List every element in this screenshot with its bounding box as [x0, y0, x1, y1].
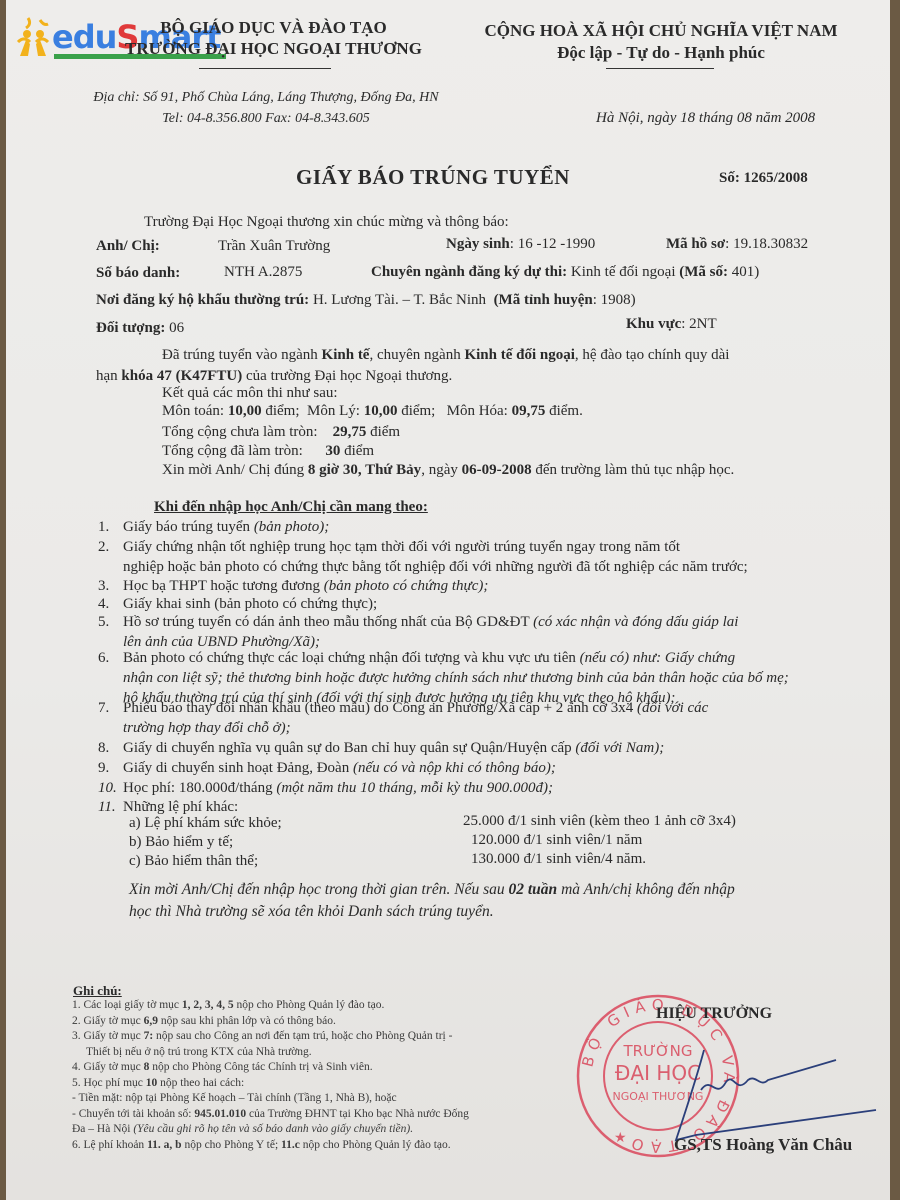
fee-a-label: a) Lệ phí khám sức khỏe; [129, 813, 282, 833]
note-line: - Chuyển tới tài khoản số: 945.01.010 củ… [72, 1107, 469, 1123]
note-line: Đa – Hà Nội (Yêu cầu ghi rõ họ tên và số… [72, 1122, 469, 1138]
address: Địa chỉ: Số 91, Phố Chùa Láng, Láng Thượ… [76, 87, 456, 108]
republic-header: CỘNG HOÀ XÃ HỘI CHỦ NGHĨA VIỆT NAM Độc l… [476, 20, 846, 64]
note-line: Thiết bị nếu ở nộ trú trong KTX của Nhà … [72, 1045, 469, 1061]
major-field: Chuyên ngành đăng ký dự thi: Kinh tế đối… [371, 264, 759, 281]
checklist-item-10: 10.Học phí: 180.000đ/tháng (một năm thu … [98, 778, 553, 798]
total-unrounded: Tổng cộng chưa làm tròn: 29,75 điểm [162, 424, 400, 441]
file-number-field: Mã hồ sơ: 19.18.30832 [666, 236, 808, 253]
name-label: Anh/ Chị: [96, 238, 160, 255]
fee-c-amount: 130.000 đ/1 sinh viên/4 năm. [471, 849, 646, 869]
checklist-item-1: 1.Giấy báo trúng tuyển (bản photo); [98, 517, 329, 537]
residence-field: Nơi đăng ký hộ khẩu thường trú: H. Lương… [96, 292, 636, 309]
intro-text: Trường Đại Học Ngoại thương xin chúc mừn… [144, 214, 509, 231]
handwritten-signature-icon [656, 1040, 896, 1150]
checklist-item-8: 8.Giấy di chuyển nghĩa vụ quân sự do Ban… [98, 738, 664, 758]
total-rounded: Tổng cộng đã làm tròn: 30 điểm [162, 443, 374, 460]
fee-a-amount: 25.000 đ/1 sinh viên (kèm theo 1 ảnh cỡ … [463, 811, 736, 831]
candidate-sbd: NTH A.2875 [224, 264, 302, 281]
note-line: 6. Lệ phí khoản 11. a, b nộp cho Phòng Y… [72, 1138, 469, 1154]
admission-line-2: hạn khóa 47 (K47FTU) của trường Đại học … [96, 368, 452, 385]
warning-line-1: Xin mời Anh/Chị đến nhập học trong thời … [129, 881, 735, 899]
fee-c-label: c) Bảo hiểm thân thể; [129, 851, 258, 871]
target-field: Đối tượng: 06 [96, 320, 184, 337]
national-motto: Độc lập - Tự do - Hạnh phúc [476, 42, 846, 64]
admission-letter-paper: eduSmart BỘ GIÁO DỤC VÀ ĐÀO TẠO TRƯỜNG Đ… [6, 0, 890, 1200]
warning-line-2: học thì Nhà trường sẽ xóa tên khỏi Danh … [129, 903, 494, 921]
note-line: 4. Giấy tờ mục 8 nộp cho Phòng Công tác … [72, 1060, 469, 1076]
note-line: 1. Các loại giấy tờ mục 1, 2, 3, 4, 5 nộ… [72, 998, 469, 1014]
note-line: 2. Giấy tờ mục 6,9 nộp sau khi phân lớp … [72, 1014, 469, 1030]
fee-b-label: b) Bảo hiểm y tế; [129, 832, 233, 852]
people-figure-icon [14, 14, 52, 58]
enrollment-invitation: Xin mời Anh/ Chị đúng 8 giờ 30, Thứ Bảy,… [162, 462, 734, 479]
checklist-item-3: 3.Học bạ THPT hoặc tương đương (bản phot… [98, 576, 488, 596]
header-divider-left [199, 68, 331, 69]
notes-list: 1. Các loại giấy tờ mục 1, 2, 3, 4, 5 nộ… [72, 998, 469, 1153]
sbd-label: Số báo danh: [96, 265, 180, 282]
score-physics: Môn Lý: 10,00 điểm; [307, 403, 435, 419]
fee-b-amount: 120.000 đ/1 sinh viên/1 năm [471, 830, 642, 850]
notes-heading: Ghi chú: [73, 983, 122, 999]
university-name: TRƯỜNG ĐẠI HỌC NGOẠI THƯƠNG [116, 38, 431, 59]
issue-date: Hà Nội, ngày 18 tháng 08 năm 2008 [596, 110, 815, 127]
area-field: Khu vực: 2NT [626, 316, 717, 333]
score-math: Môn toán: 10,00 điểm; [162, 403, 300, 419]
checklist-item-2: 2.Giấy chứng nhận tốt nghiệp trung học t… [98, 537, 748, 577]
signatory-title: HIỆU TRƯỞNG [656, 1005, 772, 1023]
note-line: 5. Học phí mục 10 nộp theo hai cách: [72, 1076, 469, 1092]
phone-fax: Tel: 04-8.356.800 Fax: 04-8.343.605 [76, 108, 456, 129]
admission-line-1: Đã trúng tuyển vào ngành Kinh tế, chuyên… [162, 347, 729, 364]
signatory-name: GS,TS Hoàng Văn Châu [674, 1135, 852, 1155]
header-divider-right [606, 68, 714, 69]
note-line: 3. Giấy tờ mục 7: nộp sau cho Công an nơ… [72, 1029, 469, 1045]
candidate-name: Trần Xuân Trường [218, 238, 330, 255]
checklist-item-9: 9.Giấy di chuyển sinh hoạt Đảng, Đoàn (n… [98, 758, 556, 778]
score-chemistry: Môn Hóa: 09,75 điểm. [447, 403, 583, 419]
checklist-item-7: 7.Phiếu báo thay đổi nhân khẩu (theo mẫu… [98, 698, 708, 738]
address-block: Địa chỉ: Số 91, Phố Chùa Láng, Láng Thượ… [76, 87, 456, 129]
results-intro: Kết quả các môn thi như sau: [162, 385, 338, 402]
checklist-item-5: 5.Hồ sơ trúng tuyển có dán ảnh theo mẫu … [98, 612, 738, 652]
document-title: GIẤY BÁO TRÚNG TUYỂN [296, 165, 570, 190]
checklist-heading: Khi đến nhập học Anh/Chị cần mang theo: [154, 499, 428, 516]
checklist-item-4: 4.Giấy khai sinh (bản photo có chứng thự… [98, 594, 377, 614]
dob-field: Ngày sinh: 16 -12 -1990 [446, 236, 595, 253]
republic-name: CỘNG HOÀ XÃ HỘI CHỦ NGHĨA VIỆT NAM [476, 20, 846, 42]
document-number: Số: 1265/2008 [719, 170, 808, 187]
note-line: - Tiền mặt: nộp tại Phòng Kế hoạch – Tài… [72, 1091, 469, 1107]
scores-line: Môn toán: 10,00 điểm; Môn Lý: 10,00 điểm… [162, 403, 583, 420]
ministry-name: BỘ GIÁO DỤC VÀ ĐÀO TẠO [116, 17, 431, 38]
svg-text:★: ★ [614, 1131, 627, 1146]
issuer-header: BỘ GIÁO DỤC VÀ ĐÀO TẠO TRƯỜNG ĐẠI HỌC NG… [116, 17, 431, 59]
